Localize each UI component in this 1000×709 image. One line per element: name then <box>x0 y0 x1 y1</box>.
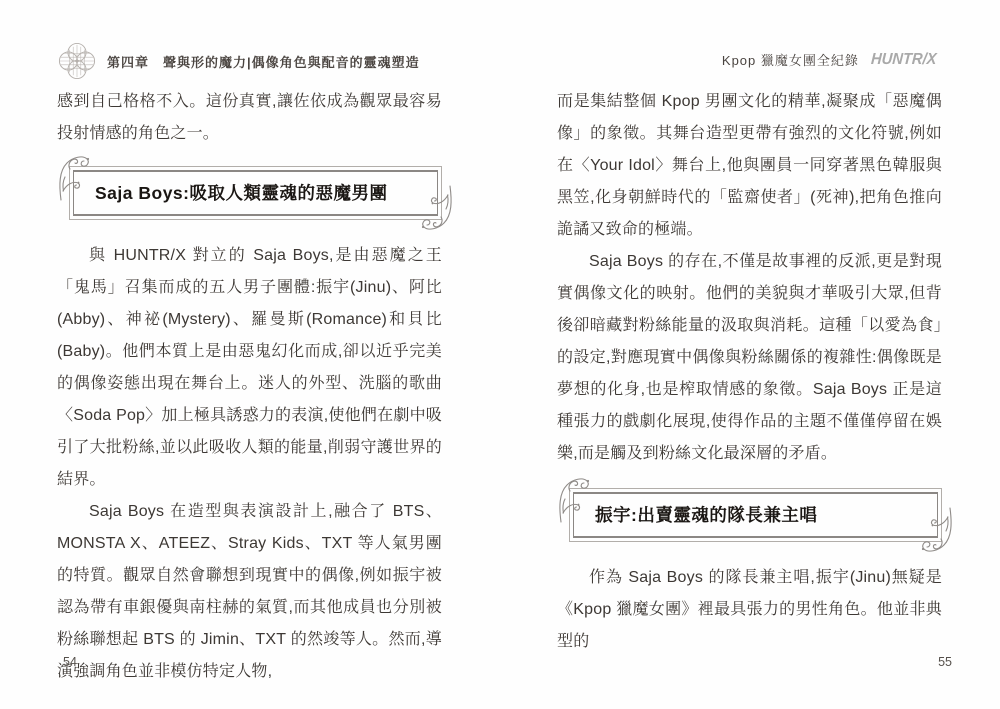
huntrx-logo: HUNTR/X <box>870 51 937 69</box>
chapter-number: 第四章 <box>107 52 149 71</box>
corner-flourish-icon <box>409 185 455 231</box>
paragraph: Saja Boys 在造型與表演設計上,融合了 BTS、MONSTA X、ATE… <box>57 496 442 688</box>
page-number-left: 54 <box>63 655 77 669</box>
paragraph: 而是集結整個 Kpop 男團文化的精華,凝聚成「惡魔偶像」的象徵。其舞台造型更帶… <box>557 86 942 246</box>
right-page-column: 而是集結整個 Kpop 男團文化的精華,凝聚成「惡魔偶像」的象徵。其舞台造型更帶… <box>557 86 942 658</box>
paragraph: 作為 Saja Boys 的隊長兼主唱,振宇(Jinu)無疑是《Kpop 獵魔女… <box>557 562 942 658</box>
corner-flourish-icon <box>556 477 602 523</box>
page-number-right: 55 <box>938 655 952 669</box>
chapter-title: 聲與形的魔力|偶像角色與配音的靈魂塑造 <box>163 52 420 71</box>
paragraph: Saja Boys 的存在,不僅是故事裡的反派,更是對現實偶像文化的映射。他們的… <box>557 246 942 470</box>
right-running-head: Kpop 獵魔女團全紀錄 HUNTR/X <box>722 50 942 69</box>
section-heading-box: 振宇:出賣靈魂的隊長兼主唱 <box>569 488 942 542</box>
section-heading: 振宇:出賣靈魂的隊長兼主唱 <box>569 488 942 542</box>
left-running-head: 第四章 聲與形的魔力|偶像角色與配音的靈魂塑造 <box>56 42 420 80</box>
paragraph: 與 HUNTR/X 對立的 Saja Boys,是由惡魔之王「鬼馬」召集而成的五… <box>57 240 442 496</box>
left-page-column: 感到自己格格不入。這份真實,讓佐依成為觀眾最容易投射情感的角色之一。 Saja … <box>57 86 442 688</box>
chapter-emblem-icon <box>56 42 98 80</box>
corner-flourish-icon <box>909 507 955 553</box>
corner-flourish-icon <box>56 155 102 201</box>
section-heading-box: Saja Boys:吸取人類靈魂的惡魔男團 <box>69 166 442 220</box>
paragraph: 感到自己格格不入。這份真實,讓佐依成為觀眾最容易投射情感的角色之一。 <box>57 86 442 150</box>
book-title: Kpop 獵魔女團全紀錄 <box>722 50 859 69</box>
section-heading: Saja Boys:吸取人類靈魂的惡魔男團 <box>69 166 442 220</box>
